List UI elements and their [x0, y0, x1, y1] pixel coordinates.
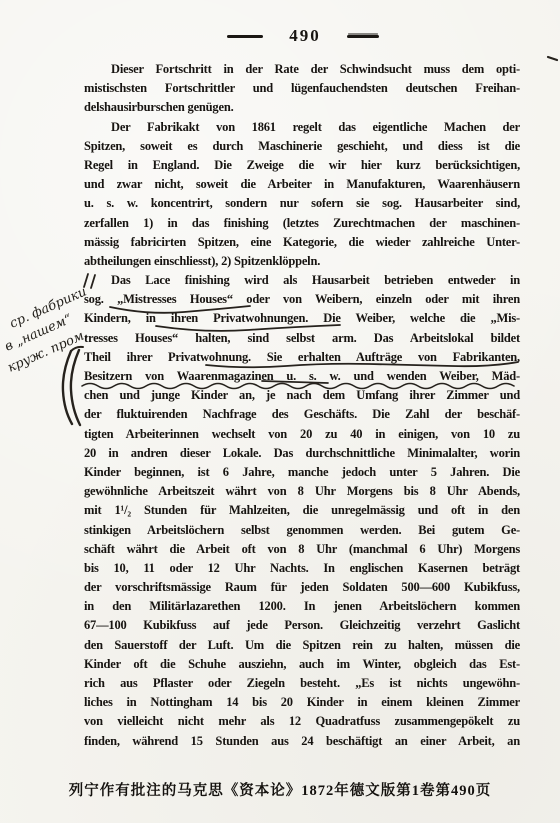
book-page-scan: 490 Dieser Fortschritt in der Rate der S… [0, 0, 560, 823]
header-rule-left-icon [227, 35, 263, 38]
text-line: liches in Nottingham 14 bis 20 Kinder in… [84, 693, 520, 712]
page-number: 490 [289, 26, 321, 46]
text-line: delshausirburschen genügen. [84, 98, 520, 117]
text-line: Kinder beginnen, ist 6 Jahre, manche jed… [84, 463, 520, 482]
text-line: gewöhnliche Arbeitszeit währt von 8 Uhr … [84, 482, 520, 501]
text-line: Das Lace finishing wird als Hausarbeit b… [84, 271, 520, 290]
text-line: in den Militärlazarethen 1200. In jenen … [84, 597, 520, 616]
caption-chinese: 列宁作有批注的马克思《资本论》1872年德文版第1卷第490页 [0, 779, 560, 800]
text-line: 67—100 Kubikfuss auf jede Person. Gleich… [84, 616, 520, 635]
text-line: schäft währt die Arbeit oft von 8 Uhr (m… [84, 540, 520, 559]
text-line: den Sauerstoff der Luft. Um die Spitzen … [84, 636, 520, 655]
margin-note-line-1: ср. фабрики [8, 284, 90, 331]
text-line: rich aus Pflaster oder Ziegeln besteht. … [84, 674, 520, 693]
text-line: sog. „Mistresses Houses“ oder von Weiber… [84, 290, 520, 309]
text-line: der vorschriftsmässige Raum für jeden So… [84, 578, 520, 597]
text-line: u. s. w. koncentrirt, sondern nur sofern… [84, 194, 520, 213]
text-line: Der Fabrikakt von 1861 regelt das eigent… [84, 118, 520, 137]
text-line: Kinder oft die Schuhe ausziehn, auch im … [84, 655, 520, 674]
text-line: bis 10, 11 oder 12 Uhr Nachts. In englis… [84, 559, 520, 578]
text-line: abtheilungen einschliesst), 2) Spitzenkl… [84, 252, 520, 271]
margin-bracket-icon [63, 347, 83, 425]
text-line: von vielleicht nicht mehr als 12 Quadrat… [84, 712, 520, 731]
text-line: mässig fabricirten Spitzen, eine Kategor… [84, 233, 520, 252]
margin-note-line-2: в „нашем“ [3, 311, 75, 354]
text-line: chen und junge Kinder an, je nach dem Um… [84, 386, 520, 405]
text-line: der fluktuirenden Nachfrage des Geschäft… [84, 405, 520, 424]
page-header: 490 [23, 24, 560, 48]
text-line: mistischsten Fortschrittler und lügenfau… [84, 79, 520, 98]
body-text: Dieser Fortschritt in der Rate der Schwi… [84, 60, 520, 751]
text-line: stinkigen Arbeitslöchern selbst genommen… [84, 521, 520, 540]
text-line: 20 in andren dieser Lokale. Das durchsch… [84, 444, 520, 463]
text-line: Spitzen, soweit es durch Maschinerie ges… [84, 137, 520, 156]
text-line: Regel in England. Die Zweige die wir hie… [84, 156, 520, 175]
text-line: tigten Arbeiterinnen wechselt von 20 zu … [84, 425, 520, 444]
text-line: Theil ihrer Privatwohnung. Sie erhalten … [84, 348, 520, 367]
text-line: Besitzern von Waarenmagazinen u. s. w. u… [84, 367, 520, 386]
text-line: zerfallen 1) in das finishing (letztes Z… [84, 214, 520, 233]
margin-note-line-3: круж. пром. [6, 327, 91, 376]
text-line: Kindern, in ihren Privatwohnungen. Die W… [84, 309, 520, 328]
margin-note-handwriting: ср. фабрики в „нашем“ круж. пром. [3, 274, 95, 376]
text-line: und zwar nicht, soweit die Arbeiter in M… [84, 175, 520, 194]
text-line: mit 1¹/₂ Stunden für Mahlzeiten, die unr… [84, 501, 520, 520]
scan-speck-icon [548, 57, 557, 60]
text-line: Dieser Fortschritt in der Rate der Schwi… [84, 60, 520, 79]
text-line: finden, während 15 Stunden aus 24 beschä… [84, 732, 520, 751]
text-line: tresses Houses“ halten, sind selbst arm.… [84, 329, 520, 348]
header-rule-right-icon [347, 35, 379, 38]
